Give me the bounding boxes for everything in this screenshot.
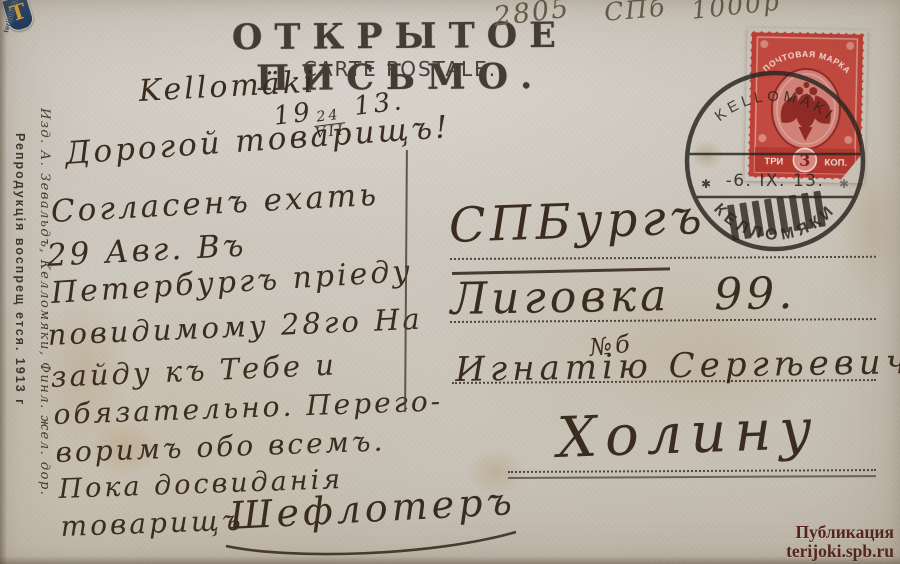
address-street: Лиговка 99.	[450, 268, 797, 325]
watermark-line1: Публикация	[786, 523, 894, 542]
address-bottom-rule	[508, 475, 876, 479]
message-line: обязательно. Перего-	[53, 384, 444, 431]
message-line: Дорогой товарищъ!	[64, 109, 452, 172]
postmark-town-latin: KELLOMÄKI	[712, 88, 839, 125]
message-line: повидимому 28го На	[47, 302, 423, 352]
postcard: Изд. А. Зевальдъ, Келломяки, Финл. жел. …	[0, 0, 900, 564]
address-city: СПБургъ	[448, 189, 706, 254]
pencil-price: 1000р	[690, 0, 782, 25]
publisher-imprint: Изд. А. Зевальдъ, Келломяки, Финл. жел. …	[37, 108, 52, 496]
message-line: воримъ обо всемъ.	[55, 424, 386, 468]
publisher-copyright: Репродукція воспрещ ется. 1913 г	[13, 133, 27, 406]
address-surname: Холину	[556, 397, 821, 471]
card-edge-shadow-bottom	[0, 556, 900, 564]
postmark-star-right: ✱	[839, 177, 849, 191]
message-line: товарищъ	[60, 504, 244, 543]
postmark-star-left: ✱	[701, 177, 711, 191]
postmark: KELLOMÄKI -6. IX. 13. ✱ ✱ КЕЛЛОМЯКИ	[672, 55, 878, 261]
card-edge-shadow-left	[0, 0, 7, 564]
svg-text:KELLOMÄKI: KELLOMÄKI	[712, 88, 839, 125]
message-line: зайду къ Тебе и	[50, 348, 338, 394]
postmark-date: -6. IX. 13.	[726, 171, 825, 191]
message-line: Согласенъ ехать	[50, 177, 380, 230]
